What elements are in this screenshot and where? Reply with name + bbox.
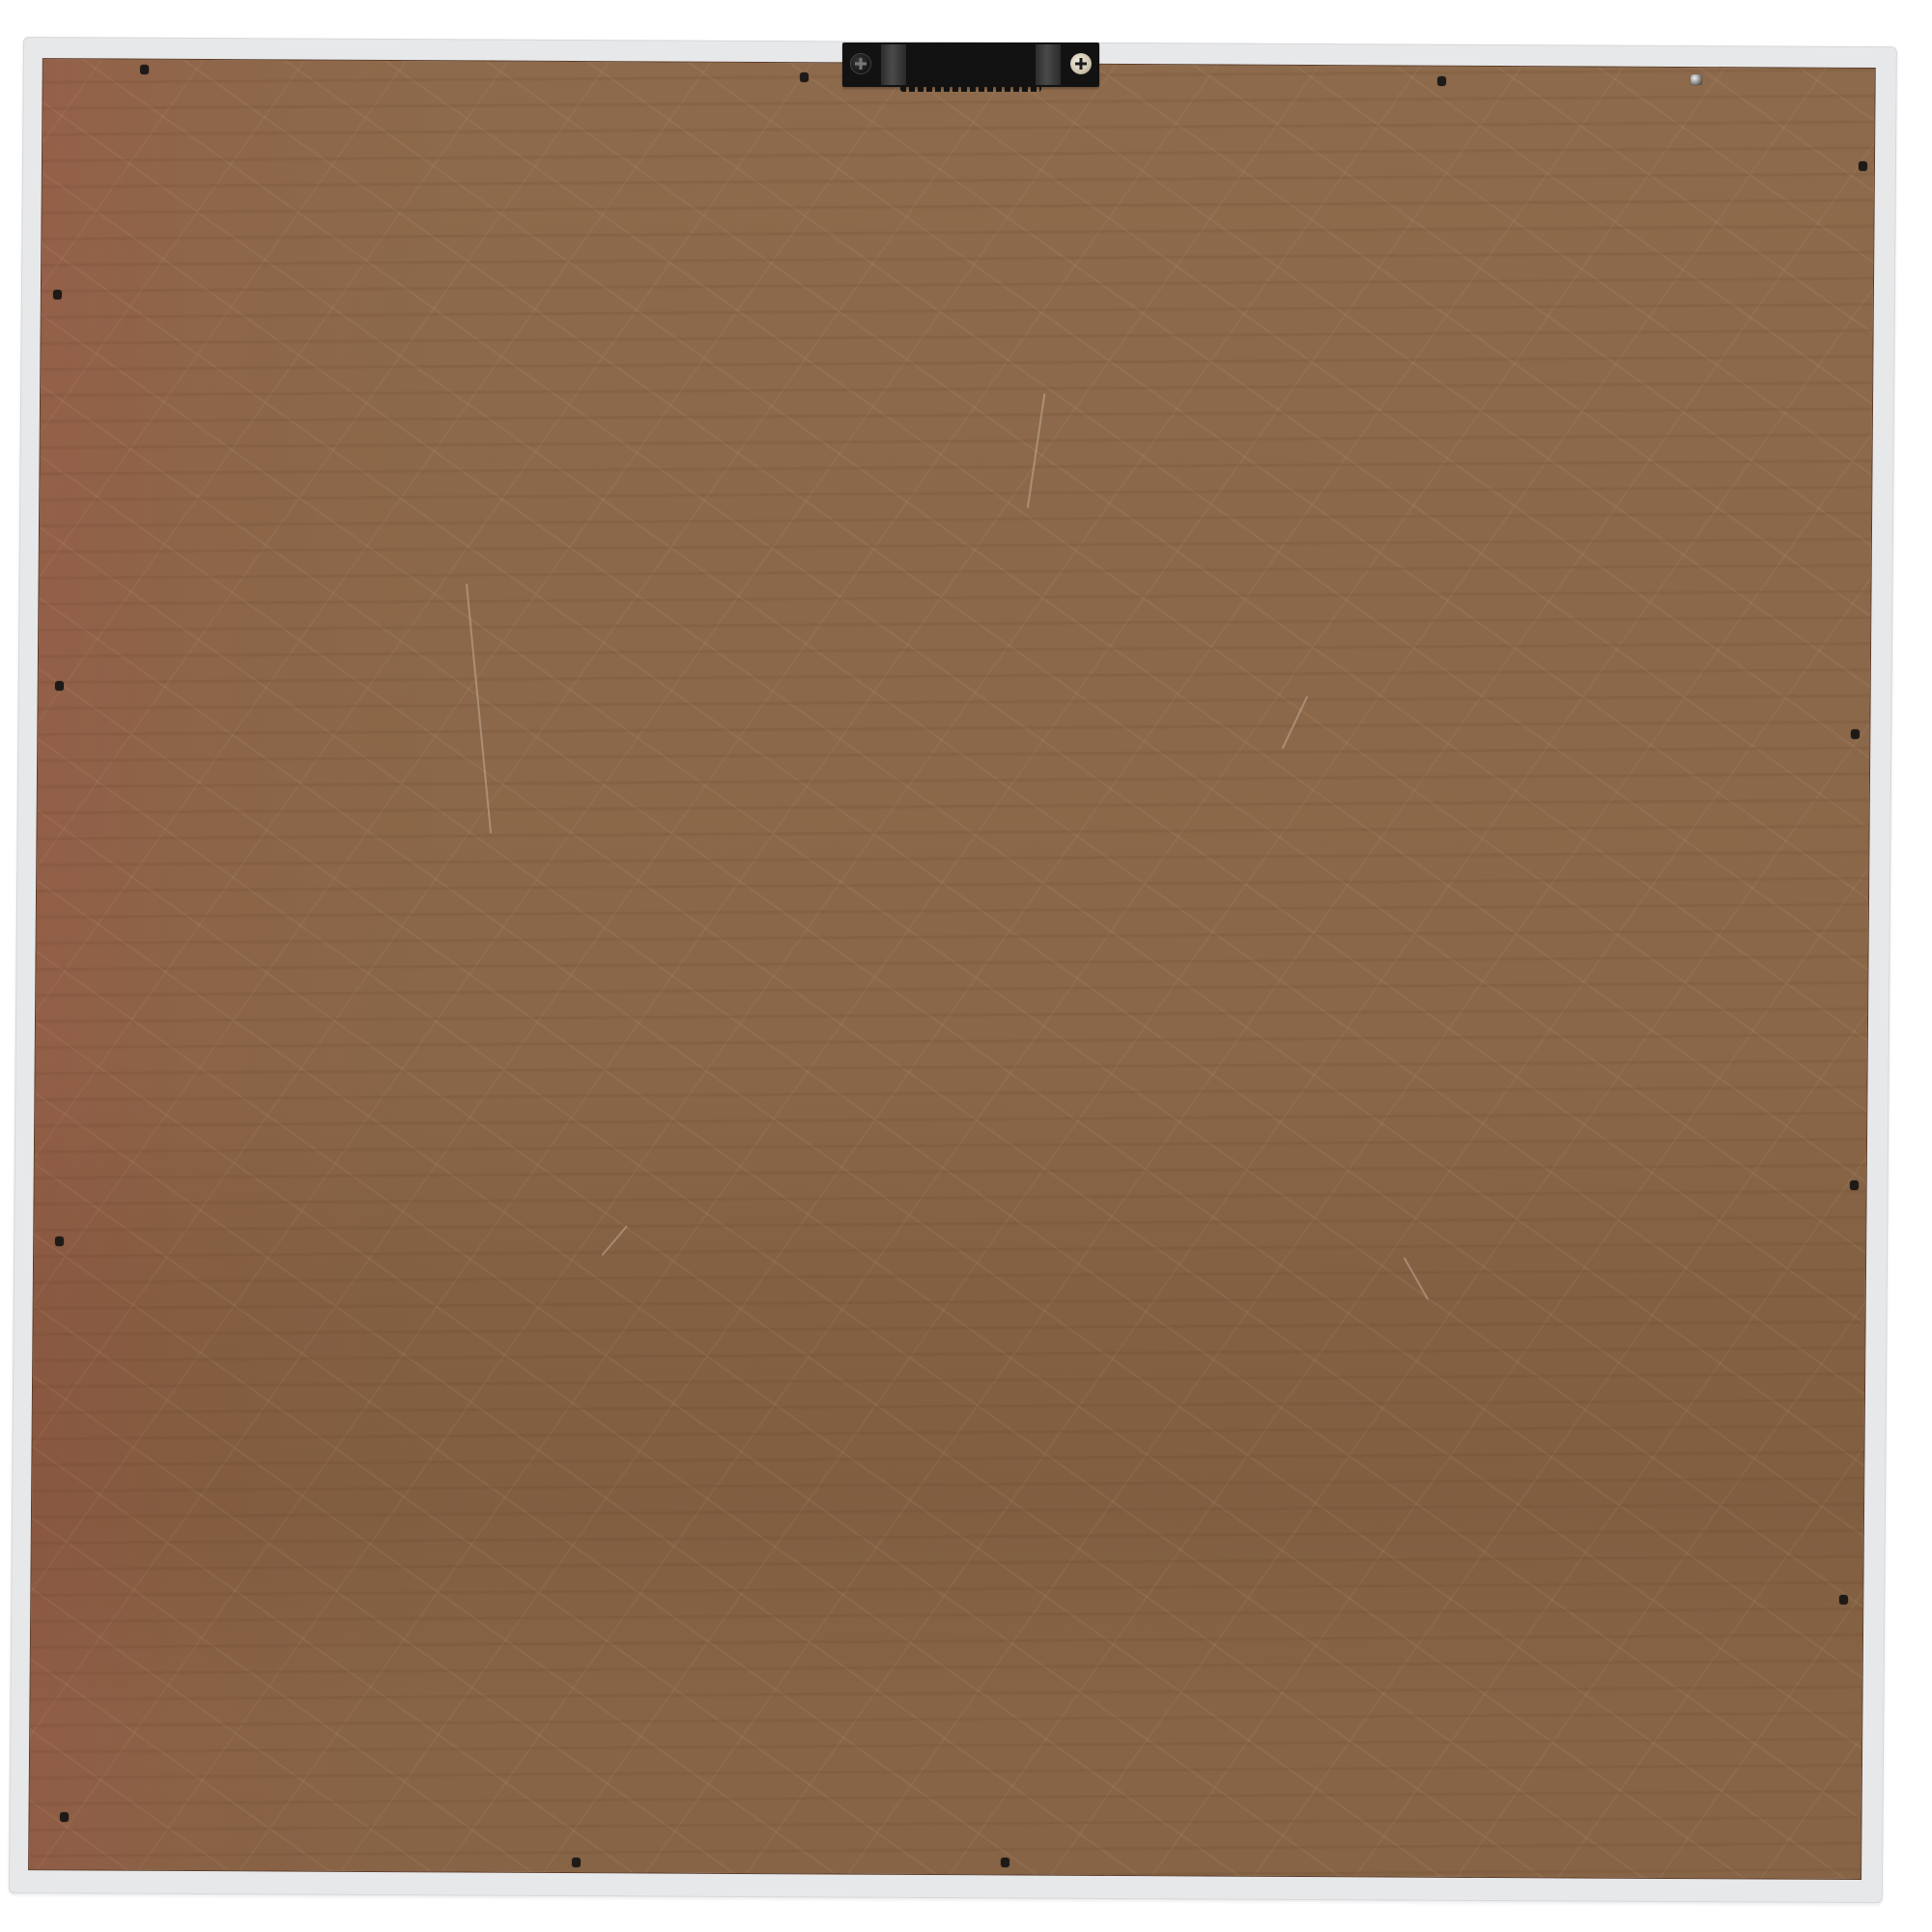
picture-frame bbox=[9, 37, 1897, 1903]
brad-point-icon bbox=[800, 72, 809, 82]
photo-scene bbox=[0, 0, 1932, 1932]
brad-point-icon bbox=[1859, 161, 1867, 171]
hanger-tab-left bbox=[881, 44, 906, 85]
surface-scratch bbox=[1027, 393, 1046, 508]
hardboard-backing bbox=[28, 58, 1876, 1880]
surface-scratch bbox=[466, 583, 492, 834]
brad-point-icon bbox=[60, 1812, 69, 1822]
screw-left-icon bbox=[850, 53, 871, 74]
brad-point-icon bbox=[1437, 76, 1446, 86]
brad-point-icon bbox=[55, 681, 64, 691]
brad-point-icon bbox=[1839, 1595, 1848, 1605]
brad-point-icon bbox=[572, 1858, 581, 1867]
brad-point-icon bbox=[140, 65, 149, 74]
hanger-teeth bbox=[900, 86, 1041, 92]
brad-point-icon bbox=[1850, 1180, 1859, 1190]
brad-point-icon bbox=[53, 290, 62, 299]
surface-scratch bbox=[1282, 696, 1309, 749]
surface-scratch bbox=[601, 1225, 627, 1256]
screw-right-icon bbox=[1070, 53, 1092, 74]
brad-point-icon bbox=[1001, 1858, 1009, 1867]
sawtooth-hanger bbox=[842, 43, 1099, 87]
brad-point-icon bbox=[1690, 74, 1702, 85]
hanger-tab-right bbox=[1036, 44, 1061, 85]
brad-point-icon bbox=[55, 1236, 64, 1246]
surface-scratch bbox=[1404, 1257, 1429, 1299]
brad-point-icon bbox=[1851, 729, 1860, 739]
